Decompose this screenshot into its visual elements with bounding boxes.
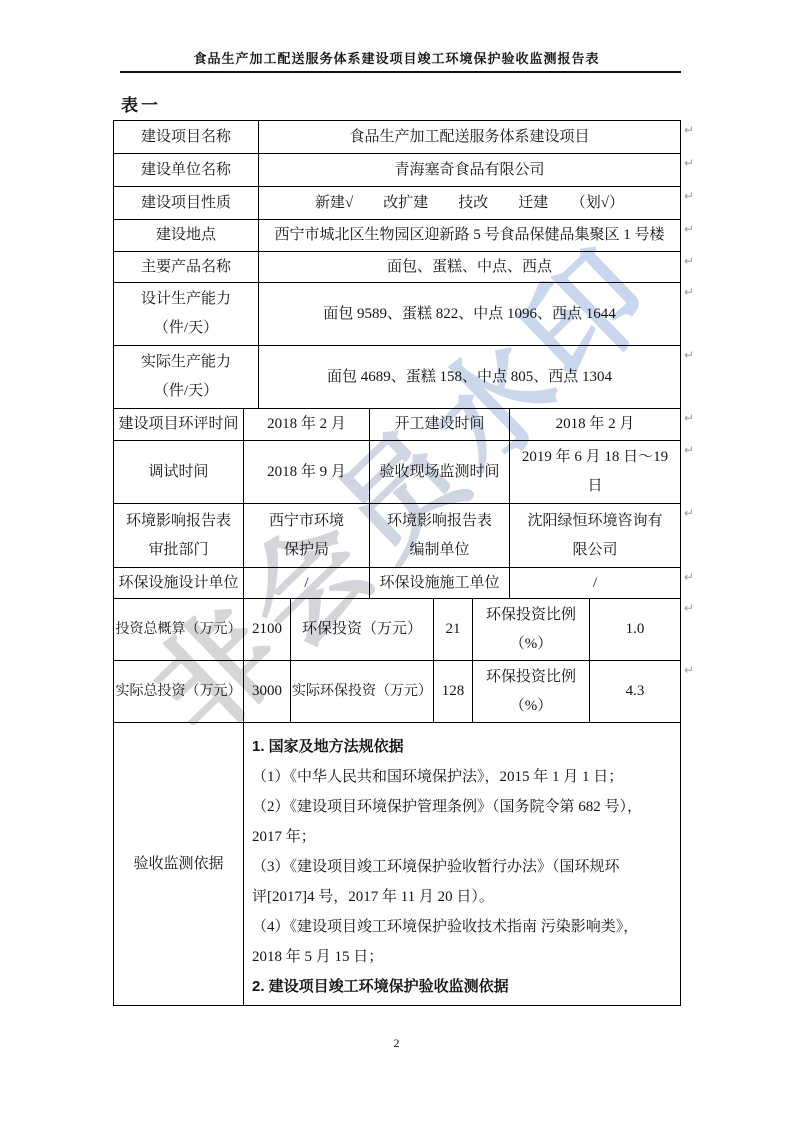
table-row: 环保设施设计单位 / 环保设施施工单位 / [114,568,681,599]
paragraph-mark-icon: ↵ [684,664,694,676]
acceptance-basis-line: 2018 年 5 月 15 日； [252,942,676,972]
label-eia-time: 建设项目环评时间 [114,409,244,441]
label-report-compiler: 环境影响报告表 编制单位 [370,504,510,568]
label-approval-dept: 环境影响报告表 审批部门 [114,504,244,568]
acceptance-basis-line: 1. 国家及地方法规依据 [252,732,676,762]
label-env-ratio: 环保投资比例 （%） [473,599,590,661]
value-eia-time: 2018 年 2 月 [244,409,370,441]
page-number: 2 [0,1036,793,1051]
label-actual-investment: 实际总投资（万元） [114,661,244,723]
value-env-ratio: 1.0 [590,599,681,661]
label-acceptance-basis: 验收监测依据 [114,723,244,1006]
value-actual-capacity: 面包 4689、蛋糕 158、中点 805、西点 1304 [259,346,681,409]
value-construction-start: 2018 年 2 月 [510,409,681,441]
value-company-name: 青海塞奇食品有限公司 [259,154,681,187]
acceptance-basis-line: （1）《中华人民共和国环境保护法》，2015 年 1 月 1 日； [252,762,676,792]
value-monitoring-time: 2019 年 6 月 18 日～19 日 [510,441,681,504]
label-project-name: 建设项目名称 [114,121,259,154]
value-debug-time: 2018 年 9 月 [244,441,370,504]
acceptance-basis-line: 评[2017]4 号，2017 年 11 月 20 日）。 [252,882,676,912]
value-main-products: 面包、蛋糕、中点、西点 [259,252,681,283]
label-actual-env-investment: 实际环保投资（万元） [291,661,434,723]
table-row: 建设项目环评时间 2018 年 2 月 开工建设时间 2018 年 2 月 [114,409,681,441]
label-location: 建设地点 [114,220,259,252]
paragraph-mark-icon: ↵ [684,223,694,235]
paragraph-mark-icon: ↵ [684,124,694,136]
label-construction-start: 开工建设时间 [370,409,510,441]
paragraph-mark-icon: ↵ [684,157,694,169]
table-row: 建设单位名称 青海塞奇食品有限公司 [114,154,681,187]
table-row: 建设地点 西宁市城北区生物园区迎新路 5 号食品保健品集聚区 1 号楼 [114,220,681,252]
table-row: 验收监测依据 1. 国家及地方法规依据（1）《中华人民共和国环境保护法》，201… [114,723,681,1006]
label-construction-unit: 环保设施施工单位 [370,568,510,599]
acceptance-basis-line: 2017 年； [252,822,676,852]
label-company-name: 建设单位名称 [114,154,259,187]
label-design-unit: 环保设施设计单位 [114,568,244,599]
label-monitoring-time: 验收现场监测时间 [370,441,510,504]
value-env-investment: 21 [434,599,473,661]
table-row: 环境影响报告表 审批部门 西宁市环境 保护局 环境影响报告表 编制单位 沈阳绿恒… [114,504,681,568]
value-project-name: 食品生产加工配送服务体系建设项目 [259,121,681,154]
table-row: 主要产品名称 面包、蛋糕、中点、西点 [114,252,681,283]
paragraph-mark-icon: ↵ [684,602,694,614]
table-row: 投资总概算（万元） 2100 环保投资（万元） 21 环保投资比例 （%） 1.… [114,599,681,661]
table-label: 表一 [121,91,161,116]
acceptance-basis-line: 2. 建设项目竣工环境保护验收监测依据 [252,972,676,1002]
acceptance-basis-line: （3）《建设项目竣工环境保护验收暂行办法》（国环规环 [252,852,676,882]
document-title: 食品生产加工配送服务体系建设项目竣工环境保护验收监测报告表 [0,48,793,67]
value-location: 西宁市城北区生物园区迎新路 5 号食品保健品集聚区 1 号楼 [259,220,681,252]
table-row: 建设项目名称 食品生产加工配送服务体系建设项目 [114,121,681,154]
value-construction-unit: / [510,568,681,599]
value-total-budget: 2100 [244,599,291,661]
paragraph-mark-icon: ↵ [684,255,694,267]
paragraph-mark-icon: ↵ [684,571,694,583]
label-main-products: 主要产品名称 [114,252,259,283]
label-env-investment: 环保投资（万元） [291,599,434,661]
paragraph-mark-icon: ↵ [684,286,694,298]
label-actual-capacity: 实际生产能力 （件/天） [114,346,259,409]
label-actual-env-ratio: 环保投资比例 （%） [473,661,590,723]
value-actual-env-ratio: 4.3 [590,661,681,723]
label-debug-time: 调试时间 [114,441,244,504]
paragraph-mark-icon: ↵ [684,349,694,361]
value-report-compiler: 沈阳绿恒环境咨询有 限公司 [510,504,681,568]
paragraph-mark-icon: ↵ [684,412,694,424]
table-row: 设计生产能力 （件/天） 面包 9589、蛋糕 822、中点 1096、西点 1… [114,283,681,346]
label-design-capacity: 设计生产能力 （件/天） [114,283,259,346]
label-total-budget: 投资总概算（万元） [114,599,244,661]
report-table: 建设项目名称 食品生产加工配送服务体系建设项目 建设单位名称 青海塞奇食品有限公… [113,120,681,1006]
acceptance-basis-line: （4）《建设项目竣工环境保护验收技术指南 污染影响类》， [252,912,676,942]
value-project-nature: 新建√ 改扩建 技改 迁建 （划√） [259,187,681,220]
document-page: 非会员水印 食品生产加工配送服务体系建设项目竣工环境保护验收监测报告表 表一 建… [0,0,793,1122]
value-design-unit: / [244,568,370,599]
label-project-nature: 建设项目性质 [114,187,259,220]
value-acceptance-basis: 1. 国家及地方法规依据（1）《中华人民共和国环境保护法》，2015 年 1 月… [244,723,681,1006]
acceptance-basis-line: （2）《建设项目环境保护管理条例》（国务院令第 682 号）， [252,792,676,822]
title-underline [120,71,681,73]
paragraph-mark-icon: ↵ [684,444,694,456]
value-design-capacity: 面包 9589、蛋糕 822、中点 1096、西点 1644 [259,283,681,346]
table-row: 实际总投资（万元） 3000 实际环保投资（万元） 128 环保投资比例 （%）… [114,661,681,723]
table-row: 调试时间 2018 年 9 月 验收现场监测时间 2019 年 6 月 18 日… [114,441,681,504]
value-approval-dept: 西宁市环境 保护局 [244,504,370,568]
table-row: 建设项目性质 新建√ 改扩建 技改 迁建 （划√） [114,187,681,220]
table-row: 实际生产能力 （件/天） 面包 4689、蛋糕 158、中点 805、西点 13… [114,346,681,409]
value-actual-env-investment: 128 [434,661,473,723]
paragraph-mark-icon: ↵ [684,190,694,202]
value-actual-investment: 3000 [244,661,291,723]
paragraph-mark-icon: ↵ [684,507,694,519]
